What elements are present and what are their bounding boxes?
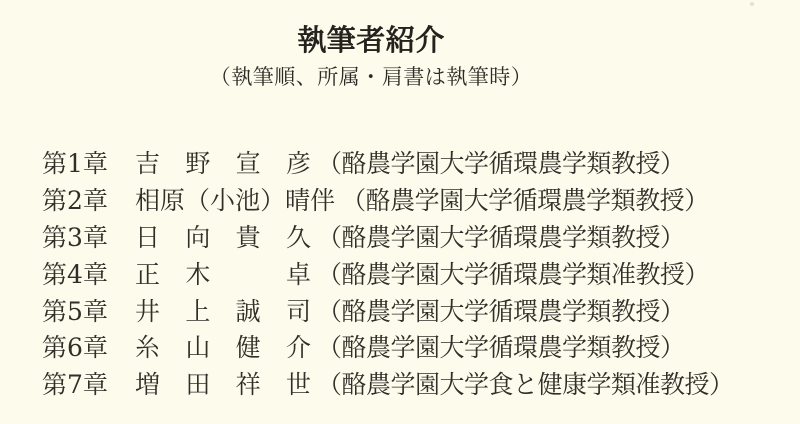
author-affiliation: （酪農学園大学循環農学類教授） bbox=[317, 146, 685, 183]
author-name: 井上誠司 bbox=[135, 294, 311, 331]
author-row: 第5章 井上誠司 （酪農学園大学循環農学類教授） bbox=[42, 294, 734, 331]
author-affiliation: （酪農学園大学循環農学類准教授） bbox=[317, 257, 709, 294]
author-row: 第4章 正木 卓 （酪農学園大学循環農学類准教授） bbox=[42, 257, 734, 294]
author-row: 第3章 日向貴久 （酪農学園大学循環農学類教授） bbox=[42, 220, 734, 257]
author-affiliation: （酪農学園大学循環農学類教授） bbox=[317, 220, 685, 257]
scan-speck bbox=[750, 2, 754, 6]
author-row: 第7章 増田祥世 （酪農学園大学食と健康学類准教授） bbox=[42, 367, 734, 404]
author-name: 日向貴久 bbox=[135, 220, 311, 257]
author-name: 糸山健介 bbox=[135, 330, 311, 367]
author-affiliation: （酪農学園大学食と健康学類准教授） bbox=[317, 367, 734, 404]
chapter-label: 第1章 bbox=[42, 146, 106, 183]
author-row: 第1章 吉野宣彦 （酪農学園大学循環農学類教授） bbox=[42, 146, 734, 183]
page-title: 執筆者紹介 bbox=[0, 24, 742, 56]
author-list: 第1章 吉野宣彦 （酪農学園大学循環農学類教授） 第2章 相原（小池）晴伴 （酪… bbox=[42, 146, 734, 404]
page-header: 執筆者紹介 （執筆順、所属・肩書は執筆時） bbox=[0, 24, 742, 89]
chapter-label: 第6章 bbox=[42, 330, 106, 367]
page-subtitle: （執筆順、所属・肩書は執筆時） bbox=[0, 65, 742, 89]
chapter-label: 第4章 bbox=[42, 257, 106, 294]
chapter-label: 第5章 bbox=[42, 294, 106, 331]
author-affiliation: （酪農学園大学循環農学類教授） bbox=[341, 183, 709, 220]
chapter-label: 第2章 bbox=[42, 183, 106, 220]
chapter-label: 第7章 bbox=[42, 367, 106, 404]
author-row: 第6章 糸山健介 （酪農学園大学循環農学類教授） bbox=[42, 330, 734, 367]
author-row: 第2章 相原（小池）晴伴 （酪農学園大学循環農学類教授） bbox=[42, 183, 734, 220]
scanned-page: 執筆者紹介 （執筆順、所属・肩書は執筆時） 第1章 吉野宣彦 （酪農学園大学循環… bbox=[0, 0, 800, 424]
author-affiliation: （酪農学園大学循環農学類教授） bbox=[317, 330, 685, 367]
author-affiliation: （酪農学園大学循環農学類教授） bbox=[317, 294, 685, 331]
author-name: 増田祥世 bbox=[135, 367, 311, 404]
chapter-label: 第3章 bbox=[42, 220, 106, 257]
author-name: 吉野宣彦 bbox=[135, 146, 311, 183]
author-name: 正木 卓 bbox=[135, 257, 311, 294]
author-name: 相原（小池）晴伴 bbox=[135, 183, 335, 220]
